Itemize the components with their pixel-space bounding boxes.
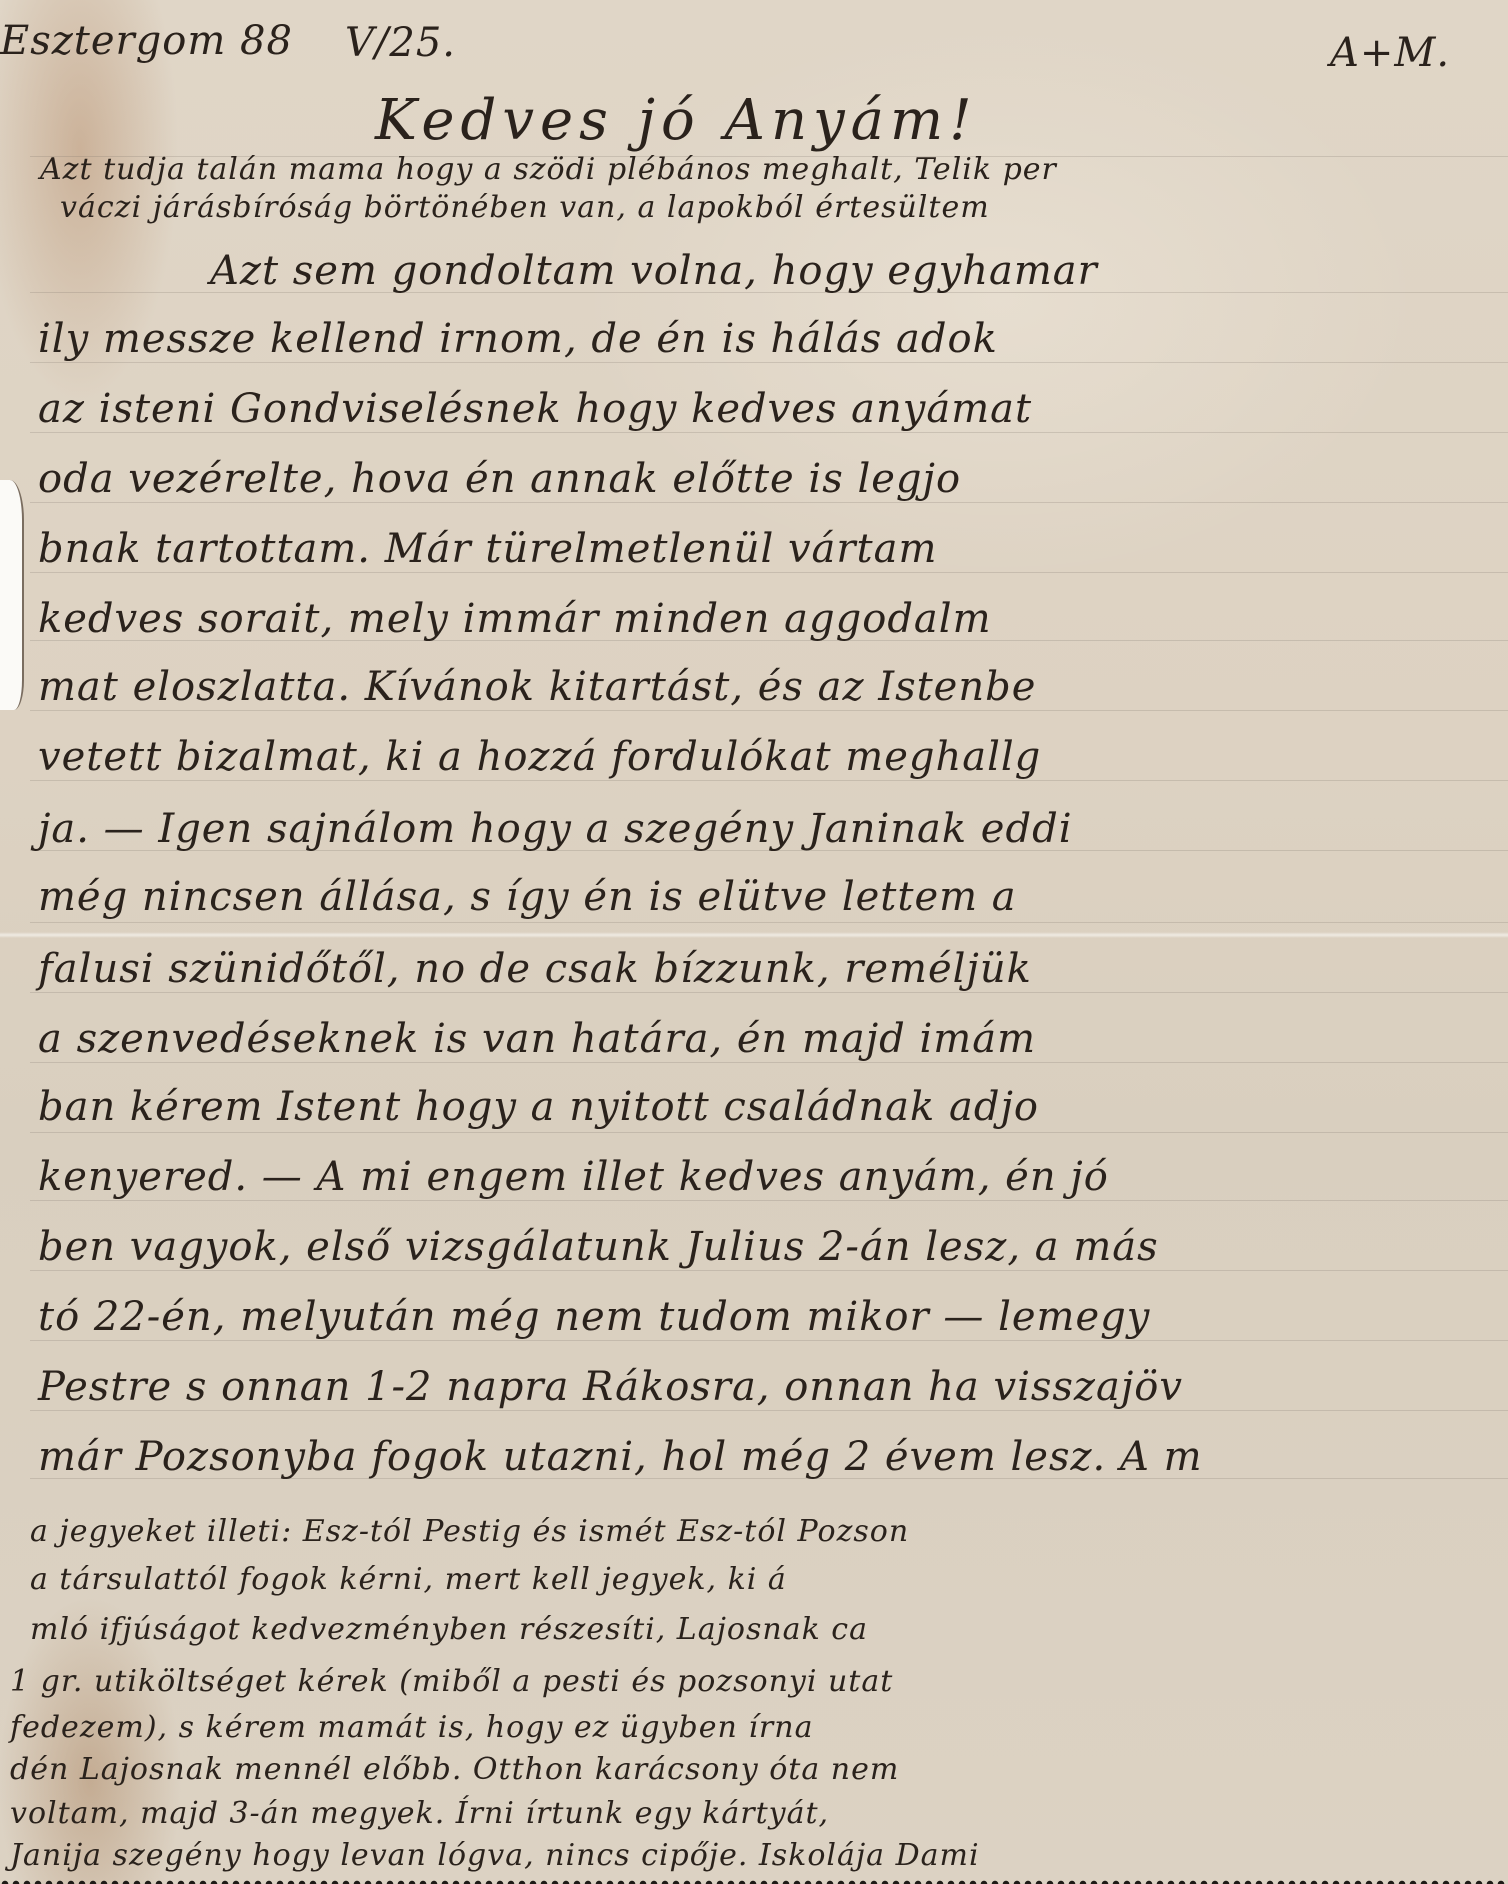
body-line: 1 gr. utiköltséget kérek (miből a pesti … — [10, 1664, 893, 1699]
ruled-line — [30, 362, 1508, 363]
ruled-line — [30, 992, 1508, 993]
body-line: Azt sem gondoltam volna, hogy egyhamar — [210, 248, 1098, 294]
body-line: kenyered. — A mi engem illet kedves anyá… — [38, 1154, 1109, 1200]
ruled-line — [30, 502, 1508, 503]
ruled-line — [30, 1200, 1508, 1201]
body-line: vetett bizalmat, ki a hozzá fordulókat m… — [38, 734, 1041, 780]
ruled-line — [30, 432, 1508, 433]
body-line: fedezem), s kérem mamát is, hogy ez ügyb… — [10, 1710, 813, 1745]
body-line: ja. — Igen sajnálom hogy a szegény Janin… — [38, 806, 1072, 852]
paper-fold — [0, 932, 1508, 938]
letter-place-year: Esztergom 88 — [0, 18, 293, 64]
body-line: Pestre s onnan 1-2 napra Rákosra, onnan … — [38, 1364, 1183, 1410]
ruled-line — [30, 1340, 1508, 1341]
perforated-edge — [0, 1874, 1508, 1884]
ruled-line — [30, 1132, 1508, 1133]
body-line: ben vagyok, első vizsgálatunk Julius 2-á… — [38, 1224, 1159, 1270]
body-line: falusi szünidőtől, no de csak bízzunk, r… — [38, 946, 1032, 992]
ruled-line — [30, 1410, 1508, 1411]
body-line: Janija szegény hogy levan lógva, nincs c… — [10, 1838, 980, 1873]
body-line: dén Lajosnak mennél előbb. Otthon karács… — [10, 1752, 899, 1787]
letter-date: V/25. — [345, 20, 456, 66]
torn-edge — [0, 480, 24, 710]
body-line: a jegyeket illeti: Esz-tól Pestig és ism… — [30, 1514, 909, 1549]
body-line: a szenvedéseknek is van határa, én majd … — [38, 1016, 1036, 1062]
ruled-line — [30, 1270, 1508, 1271]
body-line: oda vezérelte, hova én annak előtte is l… — [38, 456, 961, 502]
body-line: már Pozsonyba fogok utazni, hol még 2 év… — [38, 1434, 1203, 1480]
body-line: mló ifjúságot kedvezményben részesíti, L… — [30, 1612, 868, 1647]
ruled-line — [30, 572, 1508, 573]
ruled-line — [30, 1062, 1508, 1063]
letter-initials: A+M. — [1330, 30, 1450, 76]
body-line: a társulattól fogok kérni, mert kell jeg… — [30, 1562, 787, 1597]
body-line: az isteni Gondviselésnek hogy kedves any… — [38, 386, 1032, 432]
body-line: ily messze kellend irnom, de én is hálás… — [38, 316, 998, 362]
letter-paper: Esztergom 88 V/25. A+M. Kedves jó Anyám!… — [0, 0, 1508, 1884]
body-line: bnak tartottam. Már türelmetlenül vártam — [38, 526, 937, 572]
body-line: tó 22-én, melyután még nem tudom mikor —… — [38, 1294, 1150, 1340]
ruled-line — [30, 780, 1508, 781]
body-line: voltam, majd 3-án megyek. Írni írtunk eg… — [10, 1796, 829, 1831]
body-line: még nincsen állása, s így én is elütve l… — [38, 874, 1017, 920]
body-line: kedves sorait, mely immár minden aggodal… — [38, 596, 992, 642]
ruled-line — [30, 710, 1508, 711]
ruled-line — [30, 922, 1508, 923]
margin-note-line: Azt tudja talán mama hogy a szödi plébán… — [40, 152, 1057, 187]
margin-note-line: váczi járásbíróság börtönében van, a lap… — [60, 190, 990, 225]
body-line: mat eloszlatta. Kívánok kitartást, és az… — [38, 664, 1036, 710]
salutation: Kedves jó Anyám! — [375, 88, 978, 153]
body-line: ban kérem Istent hogy a nyitott családna… — [38, 1084, 1039, 1130]
